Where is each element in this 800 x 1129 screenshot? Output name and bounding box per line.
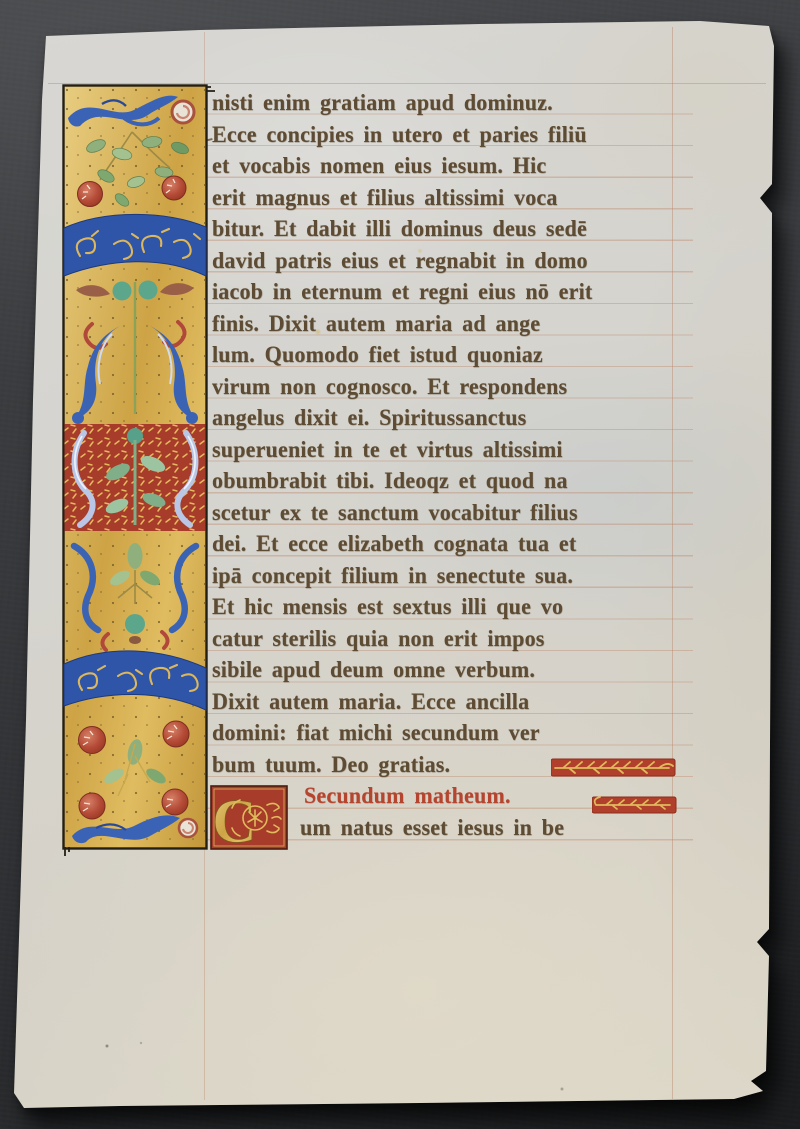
text-line: et vocabis nomen eius iesum. Hic: [212, 151, 698, 180]
line-filler: [551, 757, 677, 778]
line-filler: [592, 795, 678, 815]
text-line: superueniet in te et virtus altissimi: [212, 435, 698, 464]
text-line: david patris eius et regnabit in domo: [212, 246, 698, 275]
photo-backdrop: nisti enim gratiam apud dominuz. Ecce co…: [0, 0, 800, 1129]
illuminated-border: [62, 84, 208, 850]
rubric-line: Secundum matheum.: [212, 781, 790, 810]
text-line: obumbrabit tibi. Ideoqz et quod na: [212, 466, 698, 495]
border-red-panel: [65, 424, 206, 531]
text-line: iacob in eternum et regni eius nō erit: [212, 277, 698, 306]
text-line: catur sterilis quia non erit impos: [212, 624, 698, 653]
text-line: lum. Quomodo fiet istud quoniaz: [212, 340, 698, 369]
illuminated-initial: C: [210, 785, 288, 851]
text-line: dei. Et ecce elizabeth cognata tua et: [212, 529, 698, 558]
text-line: bitur. Et dabit illi dominus deus sedē: [212, 214, 698, 243]
text-line: virum non cognosco. Et respondens: [212, 372, 698, 401]
text-line: erit magnus et filius altissimi voca: [212, 183, 698, 212]
text-line: domini: fiat michi secundum ver: [212, 718, 698, 747]
text-line: scetur ex te sanctum vocabitur filius: [212, 498, 698, 527]
text-line: ipā concepit filium in senectute sua.: [212, 561, 698, 590]
text-line: angelus dixit ei. Spiritussanctus: [212, 403, 698, 432]
text-line: finis. Dixit autem maria ad ange: [212, 309, 698, 338]
text-line: Ecce concipies in utero et paries filiū: [212, 120, 698, 149]
text-line: Et hic mensis est sextus illi que vo: [212, 592, 698, 621]
text-line: Dixit autem maria. Ecce ancilla: [212, 687, 698, 716]
manuscript-leaf: nisti enim gratiam apud dominuz. Ecce co…: [0, 0, 800, 1129]
initial-letter: C: [212, 788, 257, 851]
text-line: sibile apud deum omne verbum.: [212, 655, 698, 684]
text-line: nisti enim gratiam apud dominuz.: [212, 88, 698, 117]
text-line-with-initial: um natus esset iesus in be: [212, 813, 786, 842]
